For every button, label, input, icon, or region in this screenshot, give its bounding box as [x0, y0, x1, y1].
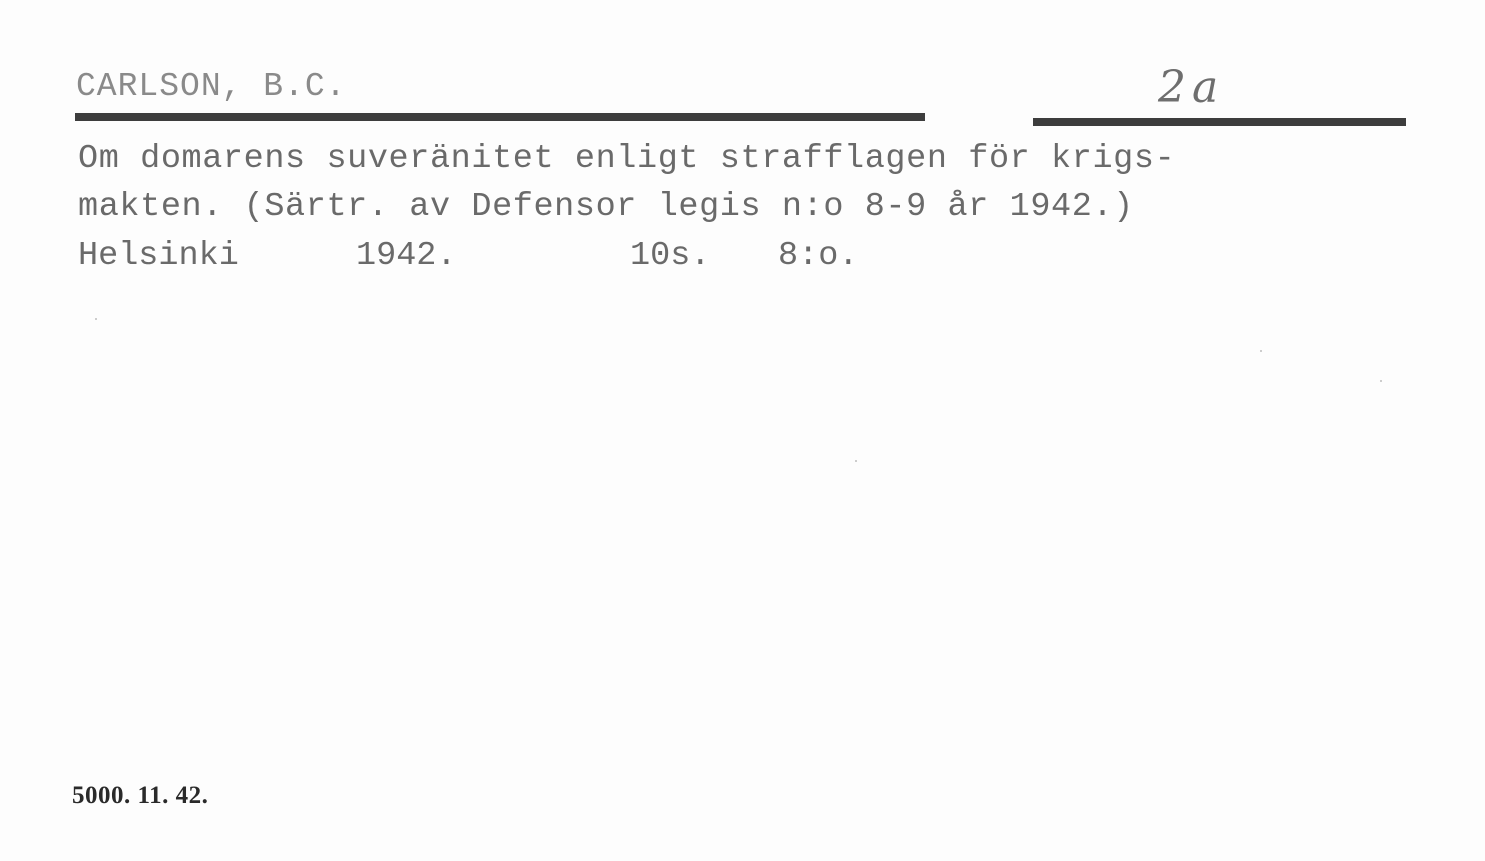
imprint-year: 1942.	[356, 237, 457, 275]
imprint-place: Helsinki	[78, 237, 239, 275]
imprint-pages: 10s.	[630, 237, 710, 275]
card-print-code: 5000. 11. 42.	[72, 782, 208, 810]
title-line-2: makten. (Särtr. av Defensor legis n:o 8-…	[78, 188, 1134, 226]
paper-speck	[855, 460, 857, 462]
paper-speck	[1260, 350, 1262, 352]
catalog-card: CARLSON, B.C. 2a Om domarens suveränitet…	[0, 0, 1485, 861]
title-line-1: Om domarens suveränitet enligt strafflag…	[78, 140, 1175, 178]
heading-rule-right	[1033, 118, 1406, 126]
imprint-format: 8:o.	[778, 237, 858, 275]
heading-rule-left	[75, 113, 925, 121]
paper-speck	[95, 318, 97, 320]
author-heading: CARLSON, B.C.	[76, 68, 346, 105]
shelfmark-handwritten: 2a	[1158, 62, 1224, 113]
paper-speck	[1380, 380, 1382, 382]
